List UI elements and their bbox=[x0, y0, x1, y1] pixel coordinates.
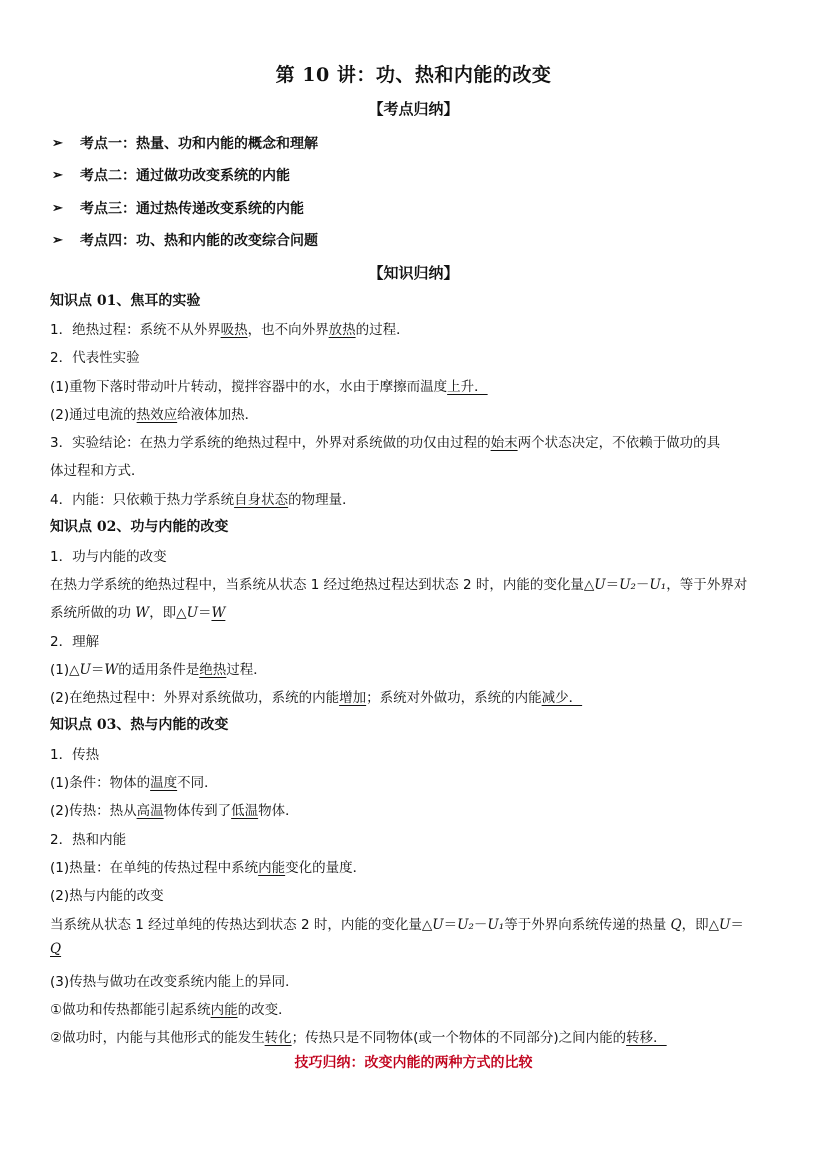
text: 系统所做的功 bbox=[50, 605, 135, 621]
text: 的物理量． bbox=[288, 492, 356, 508]
text: 在热力学系统的绝热过程中，当系统从状态 1 经过绝热过程达到状态 2 时，内能的… bbox=[50, 577, 594, 593]
text-line: 1．传热 bbox=[50, 743, 99, 763]
text-line: 3．实验结论：在热力学系统的绝热过程中，外界对系统做的功仅由过程的始末两个状态决… bbox=[50, 431, 720, 451]
text-line: (2)传热：热从高温物体传到了低温物体． bbox=[50, 799, 299, 819]
text: ；传热只是不同物体(或一个物体的不同部分)之间内能的 bbox=[292, 1030, 627, 1046]
section-header-kaodian: 【考点归纳】 bbox=[0, 98, 827, 119]
text-line: 系统所做的功 W，即△U＝W bbox=[50, 601, 225, 621]
kaodian-text: 考点二：通过做功改变系统的内能 bbox=[80, 165, 290, 185]
underlined-answer: 吸热 bbox=[221, 322, 248, 338]
text-line: (2)在绝热过程中：外界对系统做功，系统的内能增加；系统对外做功，系统的内能减少… bbox=[50, 686, 582, 706]
text-line: (2)通过电流的热效应给液体加热． bbox=[50, 403, 258, 423]
text: ＝ bbox=[198, 605, 212, 621]
underlined-answer: 转移． bbox=[626, 1030, 667, 1046]
text: 等于外界向系统传递的热量 bbox=[504, 917, 670, 933]
underlined-answer: 低温 bbox=[231, 803, 258, 819]
math-var: U bbox=[80, 662, 91, 678]
text: ，也不向外界 bbox=[248, 322, 329, 338]
text: 的改变． bbox=[238, 1002, 292, 1018]
text: 的过程． bbox=[356, 322, 410, 338]
arrow-bullet-icon: ➢ bbox=[52, 201, 80, 216]
underlined-answer: 上升． bbox=[447, 379, 488, 395]
text: ＝ bbox=[444, 917, 458, 933]
text: 4．内能：只依赖于热力学系统 bbox=[50, 492, 234, 508]
text-line: Q bbox=[50, 941, 61, 957]
underlined-answer: 放热 bbox=[329, 322, 356, 338]
math-var: U₁ bbox=[649, 577, 666, 593]
kaodian-item: ➢ 考点四：功、热和内能的改变综合问题 bbox=[52, 230, 318, 250]
underlined-answer: 高温 bbox=[137, 803, 164, 819]
underlined-answer: 绝热 bbox=[199, 662, 226, 678]
text: 过程． bbox=[226, 662, 267, 678]
math-var: U bbox=[187, 605, 198, 621]
text-line: (1)重物下落时带动叶片转动，搅拌容器中的水，水由于摩擦而温度上升． bbox=[50, 375, 488, 395]
document-page: 第 10 讲：功、热和内能的改变 【考点归纳】 ➢ 考点一：热量、功和内能的概念… bbox=[0, 0, 827, 1169]
arrow-bullet-icon: ➢ bbox=[52, 136, 80, 151]
kaodian-item: ➢ 考点三：通过热传递改变系统的内能 bbox=[52, 198, 304, 218]
text-line: (2)热与内能的改变 bbox=[50, 884, 164, 904]
text-line: 2．热和内能 bbox=[50, 828, 126, 848]
math-var: U bbox=[594, 577, 605, 593]
text: 变化的量度． bbox=[285, 860, 366, 876]
text: 两个状态决定，不依赖于做功的具 bbox=[518, 435, 721, 451]
text: 不同． bbox=[177, 775, 218, 791]
arrow-bullet-icon: ➢ bbox=[52, 168, 80, 183]
math-var: W bbox=[104, 662, 118, 678]
text: 物体传到了 bbox=[164, 803, 232, 819]
text: 3．实验结论：在热力学系统的绝热过程中，外界对系统做的功仅由过程的 bbox=[50, 435, 491, 451]
text-line: 2．理解 bbox=[50, 630, 99, 650]
text: (1)热量：在单纯的传热过程中系统 bbox=[50, 860, 258, 876]
math-var: U₂ bbox=[457, 917, 474, 933]
text: 物体． bbox=[258, 803, 299, 819]
text: 的适用条件是 bbox=[118, 662, 199, 678]
text: ，即△ bbox=[682, 917, 719, 933]
text: ＝ bbox=[606, 577, 620, 593]
text: 当系统从状态 1 经过单纯的传热达到状态 2 时，内能的变化量△ bbox=[50, 917, 432, 933]
underlined-answer: 内能 bbox=[258, 860, 285, 876]
page-title: 第 10 讲：功、热和内能的改变 bbox=[0, 60, 827, 87]
text: (2)通过电流的 bbox=[50, 407, 137, 423]
underlined-answer: 内能 bbox=[211, 1002, 238, 1018]
underlined-answer: 自身状态 bbox=[234, 492, 288, 508]
text-line: 当系统从状态 1 经过单纯的传热达到状态 2 时，内能的变化量△U＝U₂－U₁等… bbox=[50, 913, 744, 933]
text-line: (1)△U＝W的适用条件是绝热过程． bbox=[50, 658, 267, 678]
text-line: 4．内能：只依赖于热力学系统自身状态的物理量． bbox=[50, 488, 356, 508]
underlined-answer: 减少． bbox=[542, 690, 583, 706]
text: ②做功时，内能与其他形式的能发生 bbox=[50, 1030, 265, 1046]
kaodian-item: ➢ 考点一：热量、功和内能的概念和理解 bbox=[52, 133, 318, 153]
text: ；系统对外做功，系统的内能 bbox=[366, 690, 542, 706]
tip-title: 技巧归纳：改变内能的两种方式的比较 bbox=[0, 1052, 827, 1072]
text-line: ②做功时，内能与其他形式的能发生转化；传热只是不同物体(或一个物体的不同部分)之… bbox=[50, 1026, 667, 1046]
text-line: (1)条件：物体的温度不同． bbox=[50, 771, 218, 791]
text-line: (3)传热与做功在改变系统内能上的异同． bbox=[50, 970, 299, 990]
underlined-answer: 热效应 bbox=[137, 407, 178, 423]
underlined-answer: 温度 bbox=[150, 775, 177, 791]
underlined-answer: 增加 bbox=[339, 690, 366, 706]
underlined-answer: Q bbox=[50, 941, 61, 957]
text: 给液体加热． bbox=[177, 407, 258, 423]
text-line: 在热力学系统的绝热过程中，当系统从状态 1 经过绝热过程达到状态 2 时，内能的… bbox=[50, 573, 747, 593]
text: 1．绝热过程：系统不从外界 bbox=[50, 322, 221, 338]
text: ，等于外界对 bbox=[666, 577, 747, 593]
underlined-answer: 始末 bbox=[491, 435, 518, 451]
math-var: Q bbox=[671, 917, 682, 933]
arrow-bullet-icon: ➢ bbox=[52, 233, 80, 248]
kaodian-text: 考点三：通过热传递改变系统的内能 bbox=[80, 198, 304, 218]
text-line: 2．代表性实验 bbox=[50, 346, 140, 366]
text-line: ①做功和传热都能引起系统内能的改变． bbox=[50, 998, 292, 1018]
kaodian-item: ➢ 考点二：通过做功改变系统的内能 bbox=[52, 165, 290, 185]
text: (1)△ bbox=[50, 662, 80, 678]
text-line: 体过程和方式． bbox=[50, 459, 145, 479]
underlined-answer: W bbox=[211, 605, 225, 621]
knowledge-point-heading: 知识点 01、焦耳的实验 bbox=[50, 290, 200, 310]
text: (2)传热：热从 bbox=[50, 803, 137, 819]
section-header-zhishi: 【知识归纳】 bbox=[0, 262, 827, 283]
math-var: W bbox=[135, 605, 149, 621]
knowledge-point-heading: 知识点 03、热与内能的改变 bbox=[50, 714, 228, 734]
text-line: 1．绝热过程：系统不从外界吸热，也不向外界放热的过程． bbox=[50, 318, 410, 338]
text: － bbox=[636, 577, 650, 593]
text: (1)重物下落时带动叶片转动，搅拌容器中的水，水由于摩擦而温度 bbox=[50, 379, 447, 395]
math-var: U₁ bbox=[487, 917, 504, 933]
text: ，即△ bbox=[149, 605, 186, 621]
text: ＝ bbox=[730, 917, 744, 933]
text: ①做功和传热都能引起系统 bbox=[50, 1002, 211, 1018]
text-line: 1．功与内能的改变 bbox=[50, 545, 167, 565]
underlined-answer: 转化 bbox=[265, 1030, 292, 1046]
text-line: (1)热量：在单纯的传热过程中系统内能变化的量度． bbox=[50, 856, 366, 876]
text: (2)在绝热过程中：外界对系统做功，系统的内能 bbox=[50, 690, 339, 706]
math-var: U₂ bbox=[619, 577, 636, 593]
knowledge-point-heading: 知识点 02、功与内能的改变 bbox=[50, 516, 228, 536]
math-var: U bbox=[432, 917, 443, 933]
text: － bbox=[474, 917, 488, 933]
kaodian-text: 考点一：热量、功和内能的概念和理解 bbox=[80, 133, 318, 153]
kaodian-text: 考点四：功、热和内能的改变综合问题 bbox=[80, 230, 318, 250]
text: ＝ bbox=[91, 662, 105, 678]
math-var: U bbox=[719, 917, 730, 933]
text: (1)条件：物体的 bbox=[50, 775, 150, 791]
